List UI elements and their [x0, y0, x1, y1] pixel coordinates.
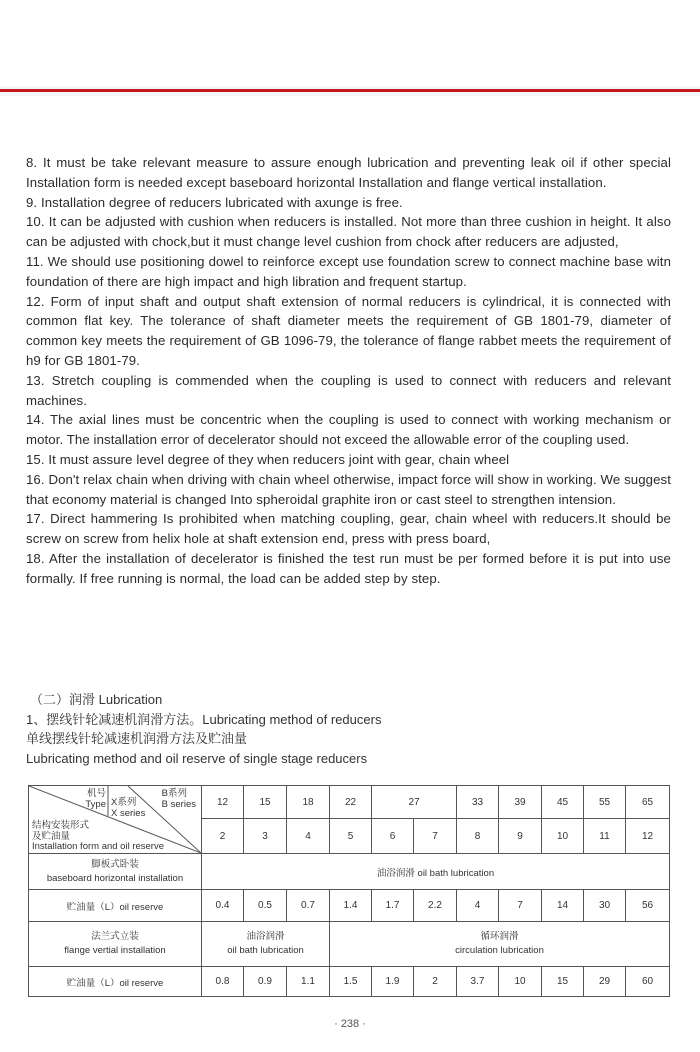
reserve-cell: 0.8	[202, 967, 244, 997]
reserve-cell: 56	[626, 890, 670, 922]
note-9: 9. Installation degree of reducers lubri…	[26, 193, 671, 213]
x-series-cell: 10	[542, 819, 584, 854]
flange-reserve-row: 贮油量（L）oil reserve 0.8 0.9 1.1 1.5 1.9 2 …	[29, 967, 670, 997]
table-caption-cn: 单线摆线针轮减速机润滑方法及贮油量	[26, 729, 671, 749]
b-series-cell: 55	[584, 786, 626, 819]
x-series-cell: 8	[457, 819, 499, 854]
b-series-cell: 65	[626, 786, 670, 819]
x-series-cell: 9	[499, 819, 542, 854]
installation-form-label: 结构安装形式 及贮油量 Installation form and oil re…	[32, 821, 164, 853]
baseboard-method-row: 脚板式卧装 baseboard horizontal installation …	[29, 854, 670, 890]
diagonal-header-cell: 机号 Type X系列 X series B系列 B series 结构安装形式…	[29, 786, 202, 854]
baseboard-reserve-row: 贮油量（L）oil reserve 0.4 0.5 0.7 1.4 1.7 2.…	[29, 890, 670, 922]
b-series-cell: 45	[542, 786, 584, 819]
reserve-cell: 0.4	[202, 890, 244, 922]
note-18: 18. After the installation of decelerato…	[26, 549, 671, 589]
flange-method-row: 法兰式立装 flange vertial installation 油浴润滑 o…	[29, 922, 670, 967]
b-series-cell: 27	[372, 786, 457, 819]
b-series-cell: 39	[499, 786, 542, 819]
x-series-cell: 2	[202, 819, 244, 854]
note-14: 14. The axial lines must be concentric w…	[26, 410, 671, 450]
flange-label: 法兰式立装 flange vertial installation	[29, 922, 202, 967]
b-series-cell: 12	[202, 786, 244, 819]
note-11: 11. We should use positioning dowel to r…	[26, 252, 671, 292]
baseboard-label: 脚板式卧装 baseboard horizontal installation	[29, 854, 202, 890]
reserve-cell: 14	[542, 890, 584, 922]
reserve-cell: 1.9	[372, 967, 414, 997]
b-series-cell: 18	[287, 786, 330, 819]
x-series-cell: 12	[626, 819, 670, 854]
reserve-cell: 0.7	[287, 890, 330, 922]
reserve-cell: 15	[542, 967, 584, 997]
note-12: 12. Form of input shaft and output shaft…	[26, 292, 671, 371]
installation-notes: 8. It must be take relevant measure to a…	[26, 153, 671, 589]
b-series-cell: 22	[330, 786, 372, 819]
reserve-cell: 0.9	[244, 967, 287, 997]
b-series-cell: 33	[457, 786, 499, 819]
reserve-cell: 1.1	[287, 967, 330, 997]
note-10: 10. It can be adjusted with cushion when…	[26, 212, 671, 252]
b-series-cell: 15	[244, 786, 287, 819]
note-15: 15. It must assure level degree of they …	[26, 450, 671, 470]
note-13: 13. Stretch coupling is commended when t…	[26, 371, 671, 411]
x-series-cell: 4	[287, 819, 330, 854]
reserve-cell: 0.5	[244, 890, 287, 922]
section-heading: （二）润滑 Lubrication	[26, 690, 671, 710]
reserve-cell: 2.2	[414, 890, 457, 922]
reserve-cell: 1.7	[372, 890, 414, 922]
note-17: 17. Direct hammering Is prohibited when …	[26, 509, 671, 549]
lubrication-table: 机号 Type X系列 X series B系列 B series 结构安装形式…	[28, 785, 670, 997]
reserve-cell: 4	[457, 890, 499, 922]
lubrication-section: （二）润滑 Lubrication 1、摆线针轮减速机润滑方法。Lubricat…	[26, 690, 671, 768]
reserve-cell: 10	[499, 967, 542, 997]
reserve-cell: 7	[499, 890, 542, 922]
flange-circulation-method: 循环润滑 circulation lubrication	[330, 922, 670, 967]
x-series-cell: 5	[330, 819, 372, 854]
reserve-cell: 60	[626, 967, 670, 997]
x-series-cell: 7	[414, 819, 457, 854]
reserve-cell: 1.5	[330, 967, 372, 997]
page-number: · 238 ·	[0, 1018, 700, 1030]
reserve-cell: 3.7	[457, 967, 499, 997]
note-8: 8. It must be take relevant measure to a…	[26, 153, 671, 193]
table-caption-en: Lubricating method and oil reserve of si…	[26, 749, 671, 769]
reserve-cell: 30	[584, 890, 626, 922]
b-series-label: B系列 B series	[162, 788, 196, 810]
reserve-cell: 29	[584, 967, 626, 997]
x-series-cell: 11	[584, 819, 626, 854]
reserve-label: 贮油量（L）oil reserve	[29, 967, 202, 997]
x-series-cell: 6	[372, 819, 414, 854]
b-series-row: 机号 Type X系列 X series B系列 B series 结构安装形式…	[29, 786, 670, 819]
note-16: 16. Don't relax chain when driving with …	[26, 470, 671, 510]
type-label: 机号 Type	[85, 788, 106, 810]
reserve-cell: 1.4	[330, 890, 372, 922]
reserve-cell: 2	[414, 967, 457, 997]
reserve-label: 贮油量（L）oil reserve	[29, 890, 202, 922]
section-subheading: 1、摆线针轮减速机润滑方法。Lubricating method of redu…	[26, 710, 671, 730]
flange-oil-bath-method: 油浴润滑 oil bath lubrication	[202, 922, 330, 967]
x-series-label: X系列 X series	[111, 797, 145, 819]
baseboard-method: 油浴润滑 oil bath lubrication	[202, 854, 670, 890]
x-series-cell: 3	[244, 819, 287, 854]
header-red-rule	[0, 89, 700, 92]
